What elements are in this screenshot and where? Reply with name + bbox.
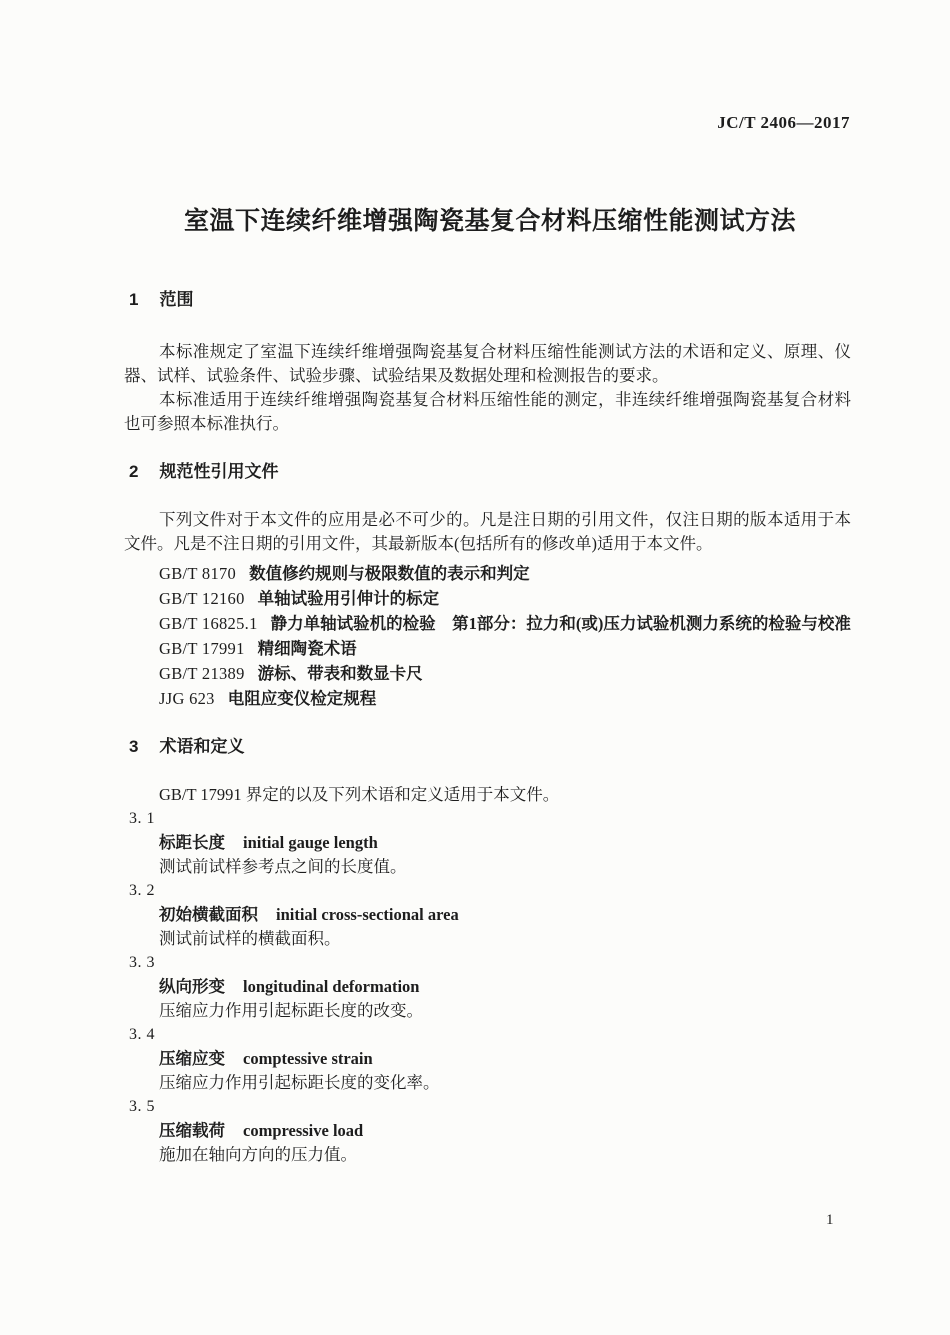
reference-title: 数值修约规则与极限数值的表示和判定 [249, 564, 530, 583]
page-number: 1 [826, 1212, 834, 1229]
term-heading: 压缩载荷compressive load [124, 1119, 851, 1143]
standard-code: JC/T 2406—2017 [717, 113, 850, 133]
section-1-label: 范围 [159, 290, 193, 309]
section-1-number: 1 [129, 290, 138, 310]
term-name-en: comptessive strain [243, 1049, 373, 1068]
reference-title: 电阻应变仪检定规程 [228, 689, 377, 708]
section-2-number: 2 [129, 462, 138, 482]
reference-code: GB/T 17991 [159, 639, 245, 658]
term-name-en: longitudinal deformation [243, 977, 419, 996]
reference-code: GB/T 16825.1 [159, 614, 258, 633]
reference-title: 精细陶瓷术语 [258, 639, 357, 658]
term-entry: 3. 4 压缩应变comptessive strain 压缩应力作用引起标距长度… [124, 1023, 851, 1095]
reference-code: GB/T 12160 [159, 589, 245, 608]
reference-item: GB/T 8170数值修约规则与极限数值的表示和判定 [124, 561, 851, 586]
term-number: 3. 2 [124, 879, 851, 903]
term-heading: 纵向形变longitudinal deformation [124, 975, 851, 999]
section-3-number: 3 [129, 737, 138, 757]
reference-item: GB/T 21389游标、带表和数显卡尺 [124, 661, 851, 686]
document-title: 室温下连续纤维增强陶瓷基复合材料压缩性能测试方法 [30, 201, 950, 237]
reference-title: 游标、带表和数显卡尺 [258, 664, 423, 683]
term-entry: 3. 1 标距长度initial gauge length 测试前试样参考点之间… [124, 807, 851, 879]
term-definition: 压缩应力作用引起标距长度的改变。 [124, 999, 851, 1023]
term-name-zh: 标距长度 [159, 834, 225, 852]
terms-and-definitions: 3. 1 标距长度initial gauge length 测试前试样参考点之间… [124, 807, 851, 1167]
section-3-intro: GB/T 17991 界定的以及下列术语和定义适用于本文件。 [124, 783, 851, 807]
term-name-zh: 初始横截面积 [159, 906, 258, 924]
term-name-zh: 纵向形变 [159, 978, 225, 996]
reference-title: 单轴试验用引伸计的标定 [258, 589, 440, 608]
section-2-label: 规范性引用文件 [159, 462, 278, 481]
document-body: 1范围 本标准规定了室温下连续纤维增强陶瓷基复合材料压缩性能测试方法的术语和定义… [124, 290, 851, 1167]
reference-code: GB/T 21389 [159, 664, 245, 683]
section-2-intro: 下列文件对于本文件的应用是必不可少的。凡是注日期的引用文件，仅注日期的版本适用于… [124, 508, 851, 556]
term-number: 3. 5 [124, 1095, 851, 1119]
term-name-zh: 压缩应变 [159, 1050, 225, 1068]
reference-code: GB/T 8170 [159, 564, 236, 583]
section-1-paragraph-2: 本标准适用于连续纤维增强陶瓷基复合材料压缩性能的测定，非连续纤维增强陶瓷基复合材… [124, 388, 851, 436]
reference-item: JJG 623电阻应变仪检定规程 [124, 686, 851, 711]
reference-item: GB/T 12160单轴试验用引伸计的标定 [124, 586, 851, 611]
term-definition: 测试前试样参考点之间的长度值。 [124, 855, 851, 879]
reference-item: GB/T 16825.1静力单轴试验机的检验 第1部分：拉力和(或)压力试验机测… [124, 611, 851, 636]
term-entry: 3. 2 初始横截面积initial cross-sectional area … [124, 879, 851, 951]
term-definition: 施加在轴向方向的压力值。 [124, 1143, 851, 1167]
reference-code: JJG 623 [159, 689, 215, 708]
term-name-zh: 压缩载荷 [159, 1122, 225, 1140]
section-1-heading: 1范围 [124, 290, 851, 310]
term-definition: 测试前试样的横截面积。 [124, 927, 851, 951]
term-heading: 初始横截面积initial cross-sectional area [124, 903, 851, 927]
standard-document-page: JC/T 2406—2017 室温下连续纤维增强陶瓷基复合材料压缩性能测试方法 … [0, 0, 950, 1335]
reference-title: 静力单轴试验机的检验 第1部分：拉力和(或)压力试验机测力系统的检验与校准 [271, 614, 851, 633]
term-heading: 压缩应变comptessive strain [124, 1047, 851, 1071]
term-number: 3. 4 [124, 1023, 851, 1047]
section-3-label: 术语和定义 [159, 737, 244, 756]
section-1-paragraph-1: 本标准规定了室温下连续纤维增强陶瓷基复合材料压缩性能测试方法的术语和定义、原理、… [124, 340, 851, 388]
term-entry: 3. 3 纵向形变longitudinal deformation 压缩应力作用… [124, 951, 851, 1023]
term-heading: 标距长度initial gauge length [124, 831, 851, 855]
normative-reference-list: GB/T 8170数值修约规则与极限数值的表示和判定 GB/T 12160单轴试… [124, 561, 851, 711]
term-number: 3. 3 [124, 951, 851, 975]
term-number: 3. 1 [124, 807, 851, 831]
term-definition: 压缩应力作用引起标距长度的变化率。 [124, 1071, 851, 1095]
term-name-en: initial gauge length [243, 833, 378, 852]
section-3-heading: 3术语和定义 [124, 737, 851, 757]
term-name-en: compressive load [243, 1121, 363, 1140]
term-entry: 3. 5 压缩载荷compressive load 施加在轴向方向的压力值。 [124, 1095, 851, 1167]
reference-item: GB/T 17991精细陶瓷术语 [124, 636, 851, 661]
term-name-en: initial cross-sectional area [276, 905, 459, 924]
section-2-heading: 2规范性引用文件 [124, 462, 851, 482]
